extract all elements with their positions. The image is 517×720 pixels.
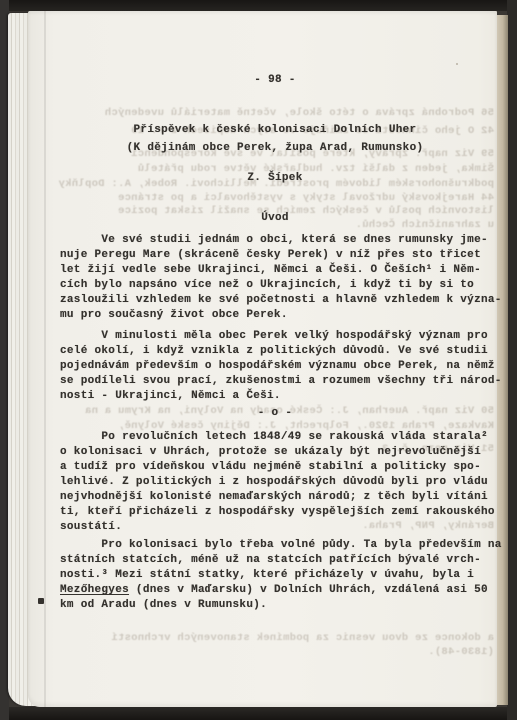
text-line: státních statcích, méně už na statcích p… [60,553,490,568]
text-line: let žijí vedle sebe Ukrajinci, Němci a Č… [60,263,490,278]
text-line: Pro kolonisaci bylo třeba volné půdy. Ta… [60,538,490,553]
article-title-line1: Příspěvek k české kolonisaci Dolních Uhe… [60,123,490,138]
photo-frame-top [0,0,517,11]
paragraph-1: Ve své studii jednám o obci, která se dn… [60,233,490,323]
text-line: zasloužili vzhledem ke své početnosti a … [60,293,490,308]
section-separator: - o - [60,406,490,421]
text-line: o kolonisaci v Uhrách, protože se ukázal… [60,445,490,460]
article-title-line2: (K dějinám obce Perek, župa Arad, Rumuns… [60,141,490,156]
paragraph-4: Pro kolonisaci bylo třeba volné půdy. Ta… [60,538,490,613]
paragraph-2: V minulosti měla obec Perek velký hospod… [60,329,490,404]
text-line: pojednávám především o hospodářském význ… [60,359,490,374]
text-line: soustátí. [60,520,490,535]
text-line: km od Aradu (dnes v Rumunsku). [60,598,490,613]
document-page: 56 Podrobná zpráva o této škole, včetně … [28,11,497,707]
author-name: Z. Šípek [60,171,490,186]
text-line: lehlivé. Z politických i z hospodářských… [60,475,490,490]
photo-frame-right [507,0,517,720]
page-crease [44,11,46,707]
text-line: celé okolí, i když vznikla z politických… [60,344,490,359]
page-number: - 98 - [60,73,490,88]
text-line: Mezőhegyes (dnes v Maďarsku) v Dolních U… [60,583,490,598]
text-line: se podíleli svou prací, zkušenostmi a ro… [60,374,490,389]
text-line: ti, kteří přicházeli z hospodářsky vyspě… [60,505,490,520]
ink-speck [38,598,44,604]
text-line: nejvhodnější kolonisté nemaďarských náro… [60,490,490,505]
place-name-underlined: Mezőhegyes [60,584,129,596]
text-line: Ve své studii jednám o obci, která se dn… [60,233,490,248]
section-heading: Úvod [60,211,490,226]
text-line: (dnes v Maďarsku) v Dolních Uhrách, vzdá… [129,584,488,596]
text-line: nosti.³ Mezi státní statky, které přichá… [60,568,490,583]
paragraph-3: Po revolučních letech 1848/49 se rakousk… [60,430,490,535]
text-line: nuje Peregu Mare (skráceně česky Perek) … [60,248,490,263]
text-line: nosti - Ukrajinci, Němci a Češi. [60,389,490,404]
text-line: V minulosti měla obec Perek velký hospod… [60,329,490,344]
text-line: mu pro současný život obce Perek. [60,308,490,323]
text-line: a tudíž pro vídeňskou vládu nejméně stab… [60,460,490,475]
typed-content: - 98 - Příspěvek k české kolonisaci Doln… [60,11,490,707]
text-line: cích bylo napsáno více než o Ukrajincích… [60,278,490,293]
photo-frame-bottom [0,707,517,720]
text-line: Po revolučních letech 1848/49 se rakousk… [60,430,490,445]
